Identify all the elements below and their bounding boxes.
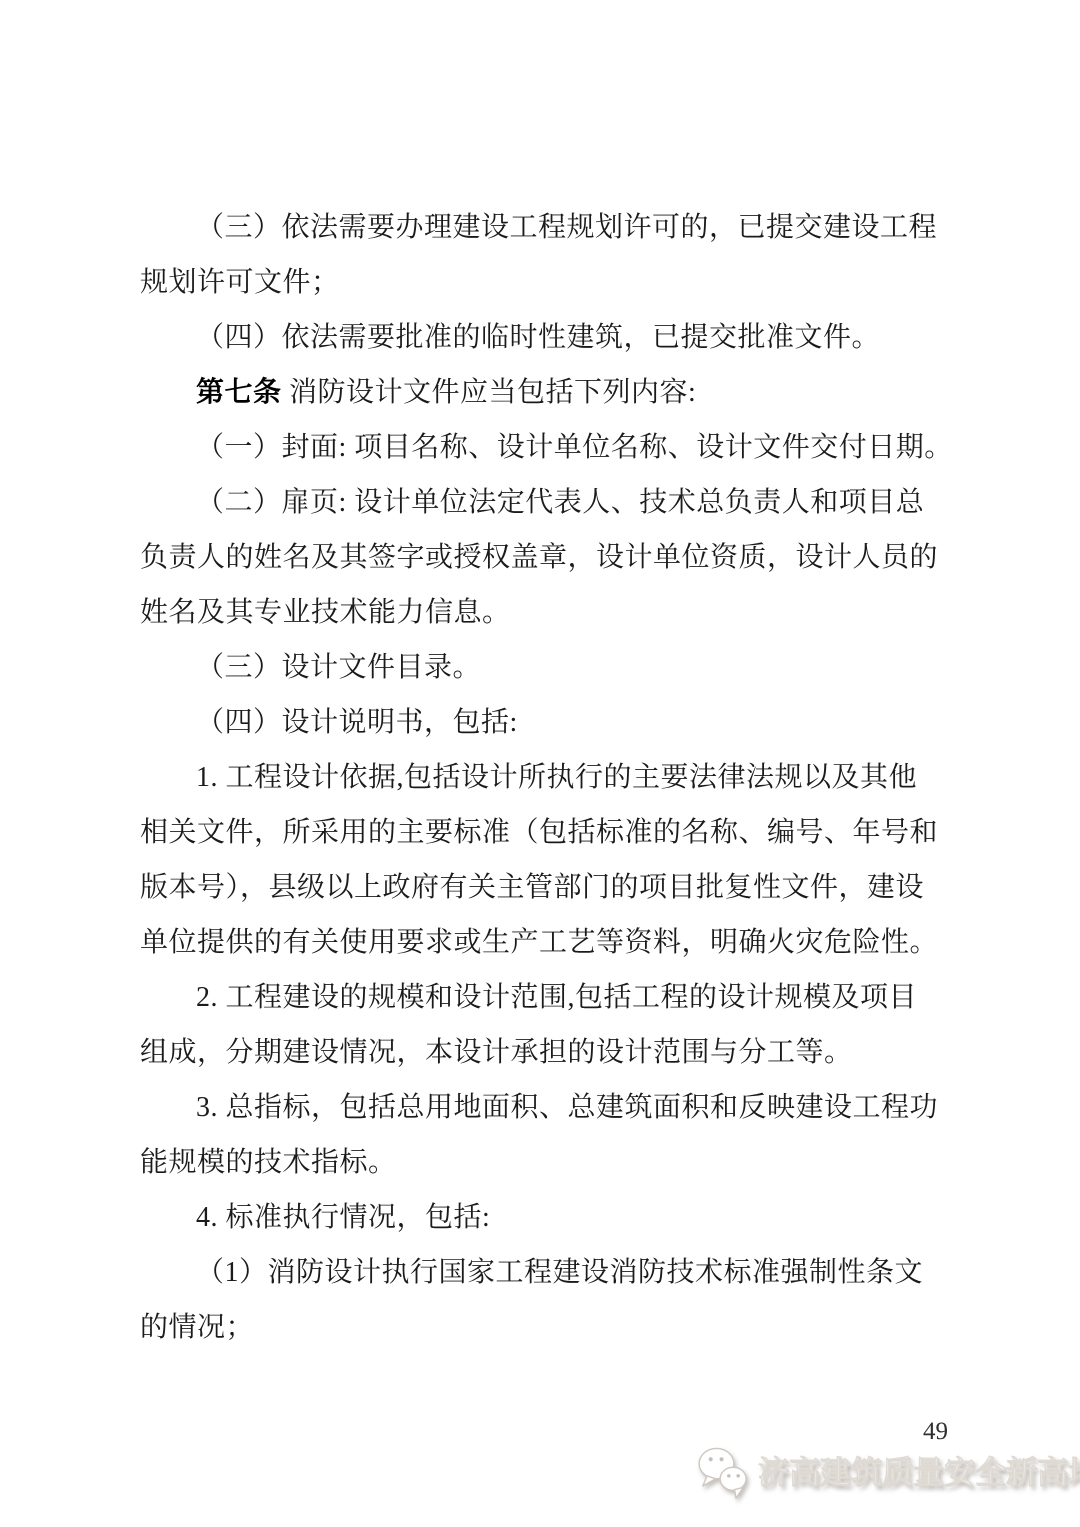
- text-segment: 3. 总指标，包括总用地面积、总建筑面积和反映建设工程功: [196, 1092, 938, 1123]
- text-line: 版本号），县级以上政府有关主管部门的项目批复性文件，建设: [140, 860, 950, 915]
- text-line: 第七条 消防设计文件应当包括下列内容:: [140, 365, 950, 420]
- text-segment: （四）依法需要批准的临时性建筑，已提交批准文件。: [196, 322, 880, 353]
- text-line: （四）依法需要批准的临时性建筑，已提交批准文件。: [140, 310, 950, 365]
- text-segment: 规划许可文件；: [140, 267, 340, 298]
- text-segment: （1）消防设计执行国家工程建设消防技术标准强制性条文: [196, 1257, 923, 1288]
- text-segment: 消防设计文件应当包括下列内容:: [282, 377, 697, 408]
- text-line: （1）消防设计执行国家工程建设消防技术标准强制性条文: [140, 1245, 950, 1300]
- text-line: （三）依法需要办理建设工程规划许可的，已提交建设工程: [140, 200, 950, 255]
- text-line: 单位提供的有关使用要求或生产工艺等资料，明确火灾危险性。: [140, 915, 950, 970]
- text-segment: 的情况；: [140, 1312, 254, 1343]
- watermark-text: 济高建筑质量安全新高地: [758, 1444, 1080, 1502]
- text-segment: 1. 工程设计依据,包括设计所执行的主要法律法规以及其他: [196, 762, 917, 793]
- text-line: （一）封面: 项目名称、设计单位名称、设计文件交付日期。: [140, 420, 950, 475]
- document-page: （三）依法需要办理建设工程规划许可的，已提交建设工程规划许可文件；（四）依法需要…: [0, 0, 1080, 1527]
- article-number-label: 第七条: [196, 377, 282, 408]
- text-line: 组成，分期建设情况，本设计承担的设计范围与分工等。: [140, 1025, 950, 1080]
- text-segment: 2. 工程建设的规模和设计范围,包括工程的设计规模及项目: [196, 982, 917, 1013]
- text-segment: （二）扉页: 设计单位法定代表人、技术总负责人和项目总: [196, 487, 924, 518]
- text-segment: 负责人的姓名及其签字或授权盖章，设计单位资质，设计人员的: [140, 542, 938, 573]
- text-line: 4. 标准执行情况，包括:: [140, 1190, 950, 1245]
- text-segment: （一）封面: 项目名称、设计单位名称、设计文件交付日期。: [196, 432, 953, 463]
- text-segment: 单位提供的有关使用要求或生产工艺等资料，明确火灾危险性。: [140, 927, 938, 958]
- text-line: 规划许可文件；: [140, 255, 950, 310]
- text-line: 2. 工程建设的规模和设计范围,包括工程的设计规模及项目: [140, 970, 950, 1025]
- text-line: 姓名及其专业技术能力信息。: [140, 585, 950, 640]
- text-segment: 4. 标准执行情况，包括:: [196, 1202, 490, 1233]
- text-line: 1. 工程设计依据,包括设计所执行的主要法律法规以及其他: [140, 750, 950, 805]
- text-segment: （三）设计文件目录。: [196, 652, 481, 683]
- text-segment: （四）设计说明书，包括:: [196, 707, 518, 738]
- text-segment: 相关文件，所采用的主要标准（包括标准的名称、编号、年号和: [140, 817, 938, 848]
- text-line: 负责人的姓名及其签字或授权盖章，设计单位资质，设计人员的: [140, 530, 950, 585]
- document-body: （三）依法需要办理建设工程规划许可的，已提交建设工程规划许可文件；（四）依法需要…: [140, 200, 950, 1355]
- text-segment: （三）依法需要办理建设工程规划许可的，已提交建设工程: [196, 212, 937, 243]
- text-segment: 能规模的技术指标。: [140, 1147, 397, 1178]
- text-segment: 姓名及其专业技术能力信息。: [140, 597, 511, 628]
- page-number: 49: [923, 1418, 948, 1446]
- text-line: 相关文件，所采用的主要标准（包括标准的名称、编号、年号和: [140, 805, 950, 860]
- wechat-icon: [697, 1444, 749, 1502]
- text-line: 能规模的技术指标。: [140, 1135, 950, 1190]
- watermark: 济高建筑质量安全新高地: [697, 1444, 1080, 1502]
- text-segment: 组成，分期建设情况，本设计承担的设计范围与分工等。: [140, 1037, 853, 1068]
- text-segment: 版本号），县级以上政府有关主管部门的项目批复性文件，建设: [140, 872, 924, 903]
- text-line: （三）设计文件目录。: [140, 640, 950, 695]
- text-line: （二）扉页: 设计单位法定代表人、技术总负责人和项目总: [140, 475, 950, 530]
- text-line: 3. 总指标，包括总用地面积、总建筑面积和反映建设工程功: [140, 1080, 950, 1135]
- text-line: 的情况；: [140, 1300, 950, 1355]
- text-line: （四）设计说明书，包括:: [140, 695, 950, 750]
